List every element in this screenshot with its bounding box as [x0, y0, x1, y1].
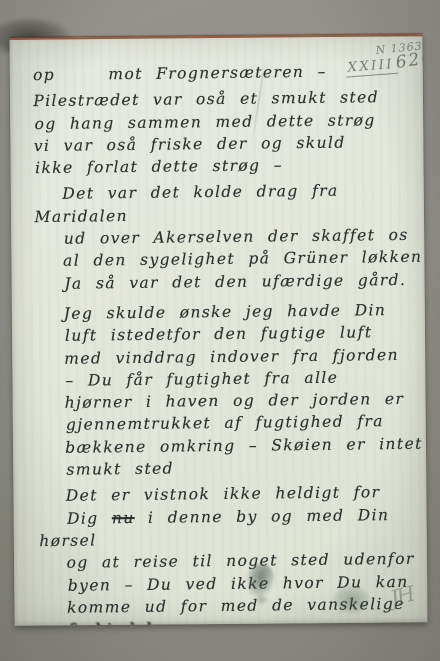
handwriting-line: byen – Du ved ikke hvor Du kan	[40, 570, 428, 597]
handwriting-line: gjennemtrukket af fugtighed fra	[38, 410, 426, 437]
handwriting-line: ud over Akerselven der skaffet os	[36, 224, 424, 251]
signature-smudge	[332, 585, 370, 615]
letter-paragraph: op mot Frognersæteren –	[33, 60, 421, 87]
letter-paragraph: Pilestrædet var oså et smukt stedog hang…	[33, 86, 422, 180]
handwriting-line: – Du får fugtighet fra alle	[37, 366, 425, 393]
handwriting-line: Ja så var det den ufærdige gård.	[36, 268, 424, 295]
scanned-letter-photo: N 1363· XXIII 620 op mot Frognersæteren …	[0, 0, 440, 661]
ink-stain-small	[254, 594, 268, 606]
handwriting-line: op mot Frognersæteren –	[33, 60, 421, 87]
handwriting-line: smukt sted	[38, 455, 426, 482]
handwriting-line: luft istedetfor den fugtige luft	[37, 321, 425, 348]
letter-body: op mot Frognersæteren –Pilestrædet var o…	[33, 60, 428, 626]
handwriting-line: Dig nu i denne by og med Din hørsel	[39, 503, 427, 552]
letter-paragraph: Jeg skulde ønske jeg havde Dinluft isted…	[36, 299, 426, 482]
letter-paper: N 1363· XXIII 620 op mot Frognersæteren …	[9, 34, 427, 626]
struck-out-word: nu	[112, 509, 135, 527]
handwriting-line: Det var det kolde drag fra Maridalen	[34, 179, 422, 228]
letter-paragraph: Det var det kolde drag fra Maridalenud o…	[34, 179, 423, 295]
handwriting-line: ikke forlat dette strøg –	[35, 153, 423, 180]
handwriting-line: og hang sammen med dette strøg	[34, 108, 422, 135]
